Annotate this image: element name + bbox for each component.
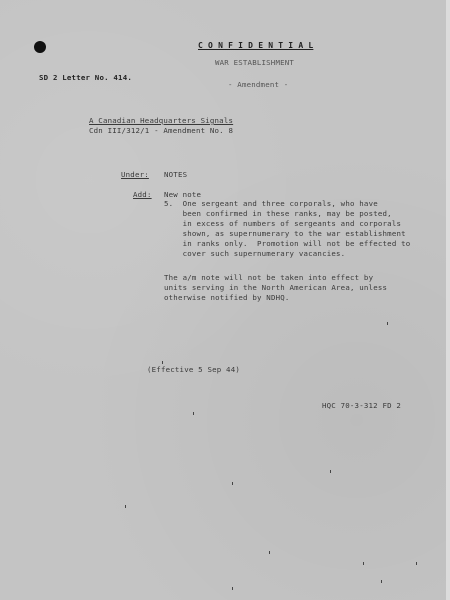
under-label: Under: [121,170,149,179]
document-page: C O N F I D E N T I A L WAR ESTABLISHMEN… [0,0,446,600]
speck [381,580,382,583]
effective-date: (Effective 5 Sep 44) [147,365,240,374]
unit-name: A Canadian Headquarters Signals [89,116,233,125]
note-line: in ranks only. Promotion will not be eff… [164,239,410,248]
note-line: been confirmed in these ranks, may be po… [164,209,392,218]
note-line: cover such supernumerary vacancies. [164,249,345,258]
speck [125,505,126,508]
speck [416,562,417,565]
unit-reference: Cdn III/312/1 - Amendment No. 8 [89,126,233,135]
add-label: Add: [133,190,152,199]
speck [330,470,331,473]
file-reference: HQC 70-3-312 FD 2 [322,401,401,410]
note-line: in excess of numbers of sergeants and co… [164,219,401,228]
classification-heading: C O N F I D E N T I A L [198,41,313,50]
war-establishment-heading: WAR ESTABLISHMENT [215,58,294,67]
speck [162,361,163,364]
speck [363,562,364,565]
add-value: New note [164,190,201,199]
para-line: otherwise notified by NDHQ. [164,293,290,302]
speck [232,587,233,590]
para-line: units serving in the North American Area… [164,283,387,292]
page-edge [446,0,450,600]
speck [269,551,270,554]
note-line: shown, as supernumerary to the war estab… [164,229,406,238]
para-line: The a/m note will not be taken into effe… [164,273,373,282]
speck [232,482,233,485]
speck [193,412,194,415]
speck [387,322,388,325]
punch-hole [34,41,46,53]
letter-reference: SD 2 Letter No. 414. [39,73,132,82]
amendment-label: - Amendment - [228,80,288,89]
note-line: 5. One sergeant and three corporals, who… [164,199,378,208]
under-value: NOTES [164,170,187,179]
